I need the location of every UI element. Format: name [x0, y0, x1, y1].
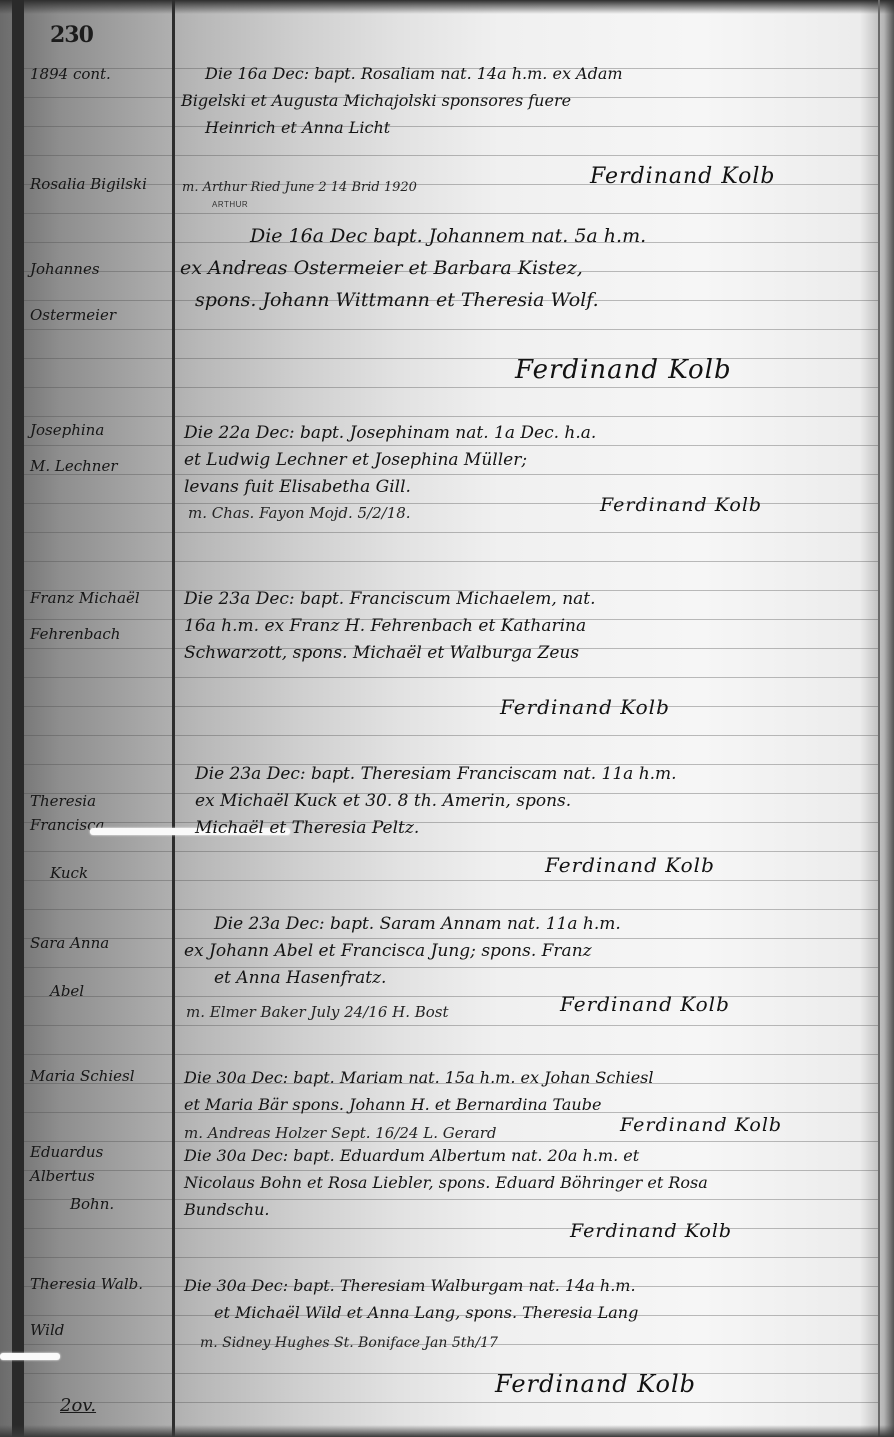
page-footer-note: 2ov. [60, 1395, 96, 1416]
entry-line: Die 22a Dec: bapt. Josephinam nat. 1a De… [184, 420, 864, 447]
entry-text: Die 22a Dec: bapt. Josephinam nat. 1a De… [184, 420, 864, 501]
priest-signature: Ferdinand Kolb [590, 164, 775, 189]
priest-signature: Ferdinand Kolb [515, 355, 732, 385]
priest-signature: Ferdinand Kolb [600, 494, 762, 516]
entry-line: Heinrich et Anna Licht [205, 114, 885, 141]
entry-line: Die 30a Dec: bapt. Mariam nat. 15a h.m. … [184, 1064, 864, 1091]
priest-signature: Ferdinand Kolb [620, 1114, 782, 1136]
child-name: Theresia Walb. Wild [30, 1272, 170, 1342]
register-page: 230 1894 cont. Die 16a Dec: bapt. Rosali… [0, 0, 894, 1437]
entry-text: Die 30a Dec: bapt. Eduardum Albertum nat… [184, 1142, 864, 1223]
tape-mark [0, 1353, 60, 1360]
child-name: Eduardus Albertus Bohn. [30, 1140, 170, 1216]
child-name: Josephina M. Lechner [30, 418, 170, 478]
entry-line: et Michaël Wild et Anna Lang, spons. The… [184, 1299, 864, 1326]
child-name: Rosalia Bigilski [30, 172, 170, 196]
marriage-note: m. Chas. Fayon Mojd. 5/2/18. [188, 500, 868, 527]
binding-edge [12, 0, 24, 1437]
entry-line: et Ludwig Lechner et Josephina Müller; [184, 447, 864, 474]
entry-text: Die 16a Dec bapt. Johannem nat. 5a h.m. … [250, 220, 894, 316]
entry-line: Die 16a Dec bapt. Johannem nat. 5a h.m. [250, 220, 894, 252]
entry-line: Schwarzott, spons. Michaël et Walburga Z… [184, 640, 864, 667]
priest-signature: Ferdinand Kolb [495, 1370, 696, 1398]
child-name: Sara Anna Abel [30, 931, 170, 1003]
child-name: Johannes Ostermeier [30, 257, 170, 327]
entry-line: Die 23a Dec: bapt. Saram Annam nat. 11a … [184, 911, 864, 938]
entry-line: spons. Johann Wittmann et Theresia Wolf. [195, 284, 894, 316]
child-name: Theresia Francisca Kuck [30, 789, 170, 885]
entry-line: Bigelski et Augusta Michajolski sponsore… [181, 87, 885, 114]
margin-column-rule [172, 0, 175, 1437]
scan-bottom-shadow [0, 1425, 894, 1437]
entry-line: Die 23a Dec: bapt. Theresiam Franciscam … [195, 761, 875, 788]
child-name: Maria Schiesl [30, 1064, 170, 1088]
entry-text: Die 23a Dec: bapt. Theresiam Franciscam … [195, 761, 875, 842]
scan-top-shadow [0, 0, 894, 14]
marriage-note: m. Sidney Hughes St. Boniface Jan 5th/17 [200, 1330, 880, 1357]
entry-line: et Anna Hasenfratz. [184, 965, 864, 992]
priest-signature: Ferdinand Kolb [570, 1220, 732, 1242]
entry-line: 16a h.m. ex Franz H. Fehrenbach et Katha… [184, 613, 864, 640]
entry-text: Die 16a Dec: bapt. Rosaliam nat. 14a h.m… [205, 60, 885, 141]
entry-line: ex Michaël Kuck et 30. 8 th. Amerin, spo… [195, 788, 875, 815]
entry-text: Die 30a Dec: bapt. Theresiam Walburgam n… [184, 1272, 864, 1326]
priest-signature: Ferdinand Kolb [545, 853, 715, 877]
child-name: Franz Michaël Fehrenbach [30, 586, 170, 646]
marriage-note: m. Elmer Baker July 24/16 H. Bost [186, 999, 866, 1026]
entry-line: Die 16a Dec: bapt. Rosaliam nat. 14a h.m… [205, 60, 885, 87]
entry-line: ex Andreas Ostermeier et Barbara Kistez, [180, 252, 894, 284]
page-number: 230 [50, 22, 93, 48]
entry-line: Die 30a Dec: bapt. Theresiam Walburgam n… [184, 1272, 864, 1299]
entry-text: Die 23a Dec: bapt. Franciscum Michaelem,… [184, 586, 864, 667]
entry-line: Die 30a Dec: bapt. Eduardum Albertum nat… [184, 1142, 864, 1169]
entry-line: Michaël et Theresia Peltz. [195, 815, 875, 842]
priest-signature: Ferdinand Kolb [500, 695, 670, 719]
entry-line: Nicolaus Bohn et Rosa Liebler, spons. Ed… [184, 1169, 864, 1196]
correction-annotation: ARTHUR [212, 200, 248, 209]
entry-line: Bundschu. [184, 1196, 864, 1223]
priest-signature: Ferdinand Kolb [560, 992, 730, 1016]
entry-text: Die 30a Dec: bapt. Mariam nat. 15a h.m. … [184, 1064, 864, 1118]
right-page-rule [878, 0, 880, 1437]
entry-text: Die 23a Dec: bapt. Saram Annam nat. 11a … [184, 911, 864, 992]
entry-line: Die 23a Dec: bapt. Franciscum Michaelem,… [184, 586, 864, 613]
entry-year-heading: 1894 cont. [30, 62, 170, 86]
entry-line: ex Johann Abel et Francisca Jung; spons.… [184, 938, 864, 965]
